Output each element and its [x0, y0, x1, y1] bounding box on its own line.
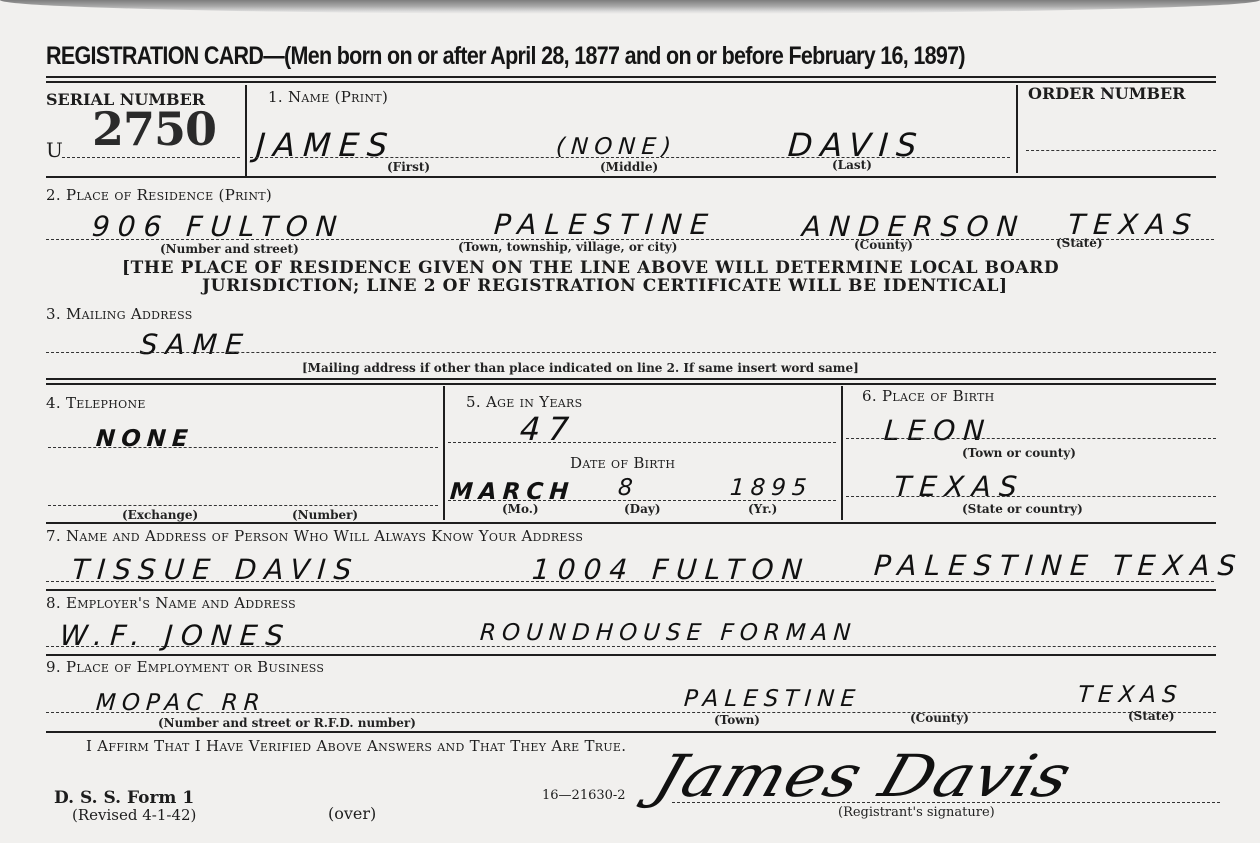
dob-day-value: 8 — [617, 475, 639, 501]
serial-line — [62, 157, 240, 158]
residence-town-caption: (Town, township, village, or city) — [458, 240, 677, 254]
order-number-line — [1026, 150, 1216, 151]
age-birthplace-divider — [841, 386, 843, 520]
form-revised: (Revised 4-1-42) — [72, 806, 196, 824]
dob-line — [448, 500, 836, 501]
name-label: 1. Name (Print) — [268, 88, 388, 106]
name-line — [250, 157, 1010, 158]
contact-city-state-value: PALESTINE TEXAS — [873, 549, 1245, 582]
telephone-age-divider — [443, 386, 445, 520]
birthplace-town-caption: (Town or county) — [962, 446, 1076, 460]
over-note: (over) — [328, 804, 376, 823]
birthplace-state-line — [846, 496, 1216, 497]
name-first-value: JAMES — [255, 126, 397, 164]
employer-line — [46, 646, 1216, 647]
employment-state-caption: (State) — [1128, 709, 1175, 723]
name-first-caption: (First) — [387, 160, 430, 174]
serial-divider — [245, 85, 247, 177]
contact-label: 7. Name and Address of Person Who Will A… — [46, 527, 583, 545]
row7-rule — [46, 589, 1216, 591]
row9-rule — [46, 731, 1216, 733]
print-code: 16—21630-2 — [542, 788, 626, 803]
mailing-caption: [Mailing address if other than place ind… — [302, 361, 859, 375]
employment-state-value: TEXAS — [1077, 682, 1183, 708]
scan-edge-shadow — [0, 0, 1260, 14]
telephone-line-2 — [48, 505, 438, 506]
date-of-birth-label: Date of Birth — [570, 454, 675, 472]
residence-town-value: PALESTINE — [493, 208, 717, 241]
residence-label: 2. Place of Residence (Print) — [46, 186, 272, 204]
birthplace-town-line — [846, 438, 1216, 439]
age-label: 5. Age in Years — [466, 393, 582, 411]
employer-name-value: W.F. JONES — [59, 619, 293, 652]
telephone-line-1 — [48, 447, 438, 448]
birthplace-town-value: LEON — [883, 414, 994, 447]
title-rule-top — [46, 76, 1216, 78]
residence-street-caption: (Number and street) — [160, 242, 299, 256]
employment-town-value: PALESTINE — [683, 686, 862, 712]
registrant-signature: James Davis — [646, 742, 1081, 810]
telephone-number-caption: (Number) — [292, 508, 358, 522]
title-rule-bottom — [46, 81, 1216, 83]
residence-county-caption: (County) — [854, 238, 913, 252]
birthplace-state-caption: (State or country) — [962, 502, 1083, 516]
employment-line — [46, 712, 1216, 713]
residence-state-caption: (State) — [1056, 236, 1103, 250]
employer-label: 8. Employer's Name and Address — [46, 594, 296, 612]
mailing-value: SAME — [139, 328, 252, 361]
name-last-caption: (Last) — [832, 158, 872, 172]
row1-rule — [46, 176, 1216, 178]
age-line — [448, 442, 836, 443]
name-middle-caption: (Middle) — [600, 160, 658, 174]
dob-day-caption: (Day) — [624, 502, 661, 516]
dob-month-caption: (Mo.) — [502, 502, 539, 516]
signature-line — [672, 802, 1220, 803]
serial-prefix: U — [46, 138, 63, 162]
form-name: D. S. S. Form 1 — [54, 788, 194, 808]
employment-place-caption: (Number and street or R.F.D. number) — [158, 716, 416, 730]
residence-notice-line1: [THE PLACE OF RESIDENCE GIVEN ON THE LIN… — [122, 258, 1059, 278]
card-title: REGISTRATION CARD—(Men born on or after … — [46, 42, 965, 71]
row8-rule — [46, 654, 1216, 656]
employment-county-caption: (County) — [910, 711, 969, 725]
mailing-line — [46, 352, 1216, 353]
signature-caption: (Registrant's signature) — [838, 805, 995, 820]
birthplace-state-value: TEXAS — [893, 470, 1026, 503]
row3-rule-bottom — [46, 383, 1216, 385]
employment-town-caption: (Town) — [714, 713, 760, 727]
dob-year-caption: (Yr.) — [748, 502, 777, 516]
residence-notice-line2: JURISDICTION; LINE 2 OF REGISTRATION CER… — [202, 276, 1008, 296]
telephone-label: 4. Telephone — [46, 394, 146, 412]
affirmation-text: I Affirm That I Have Verified Above Answ… — [86, 737, 626, 755]
employer-title-value: ROUNDHOUSE FORMAN — [479, 620, 857, 646]
row3-rule-top — [46, 378, 1216, 380]
dob-year-value: 1895 — [729, 475, 813, 501]
employment-label: 9. Place of Employment or Business — [46, 658, 324, 676]
order-divider — [1016, 85, 1018, 173]
row4-rule — [46, 522, 1216, 524]
serial-number-value: 2750 — [92, 102, 216, 156]
contact-line — [46, 581, 1214, 582]
mailing-label: 3. Mailing Address — [46, 305, 193, 323]
telephone-exchange-caption: (Exchange) — [122, 508, 198, 522]
birthplace-label: 6. Place of Birth — [862, 387, 995, 405]
telephone-value: NONE — [95, 426, 195, 452]
order-number-label: ORDER NUMBER — [1028, 84, 1185, 103]
